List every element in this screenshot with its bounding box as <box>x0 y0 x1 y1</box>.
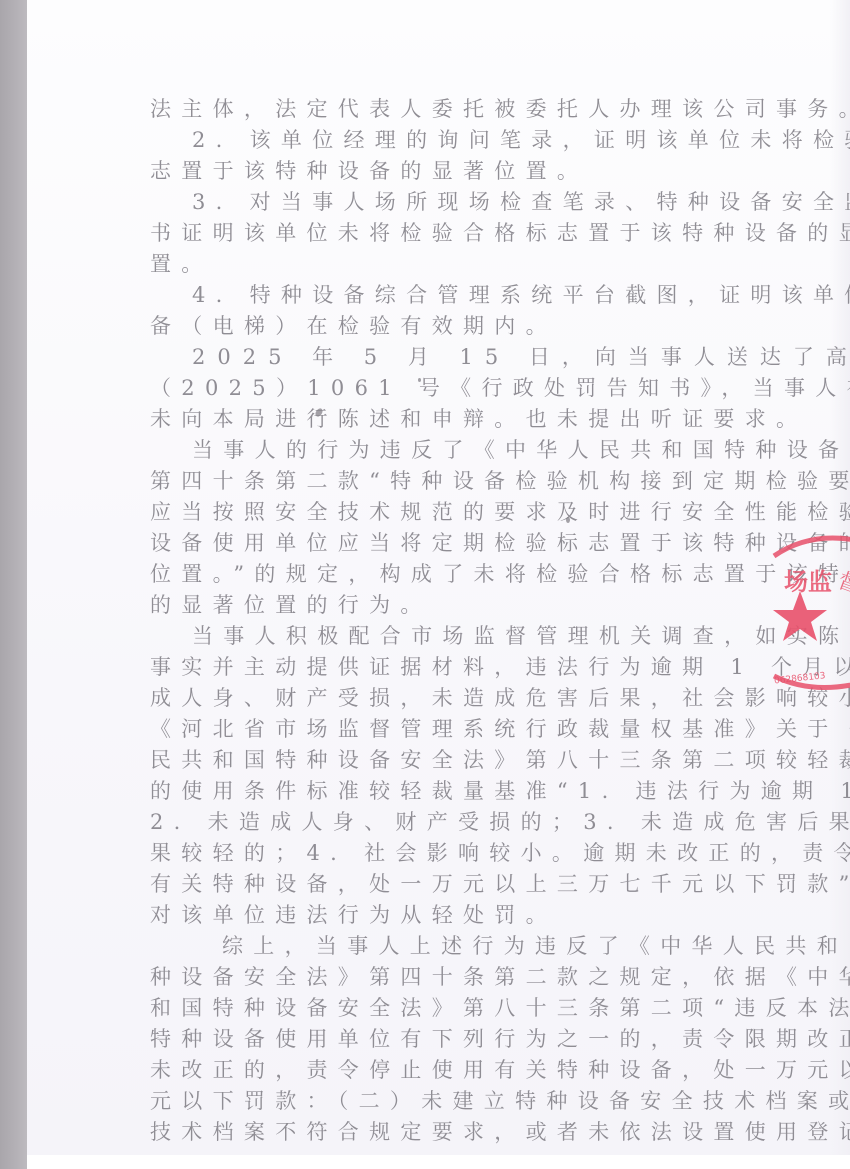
text-line: 2. 该单位经理的询问笔录，证明该单位未将检验合格标 <box>150 125 730 156</box>
text-line: 3. 对当事人场所现场检查笔录、特种设备安全监察指令 <box>150 187 730 218</box>
document-body: 法主体，法定代表人委托被委托人办理该公司事务。 2. 该单位经理的询问笔录，证明… <box>150 94 730 1148</box>
text-line: 种设备安全法》第四十条第二款之规定，依据《中华人民共 <box>150 962 730 993</box>
text-line: 志置于该特种设备的显著位置。 <box>150 156 730 187</box>
scan-speck <box>566 517 570 523</box>
text-line: 有关特种设备，处一万元以上三万七千元以下罚款”之规定， <box>150 869 730 900</box>
text-line: 果较轻的；4. 社会影响较小。逾期未改正的，责令停止使用 <box>150 838 730 869</box>
text-line: 事实并主动提供证据材料，违法行为逾期 1 个月以下，未造 <box>150 652 730 683</box>
text-line: 《河北省市场监督管理系统行政裁量权基准》关于《中华人 <box>150 714 730 745</box>
text-line: 置。 <box>150 249 730 280</box>
text-line: 综上，当事人上述行为违反了《中华人民共和国特 <box>150 931 730 962</box>
text-line: 对该单位违法行为从轻处罚。 <box>150 900 730 931</box>
text-line: 法主体，法定代表人委托被委托人办理该公司事务。 <box>150 94 730 125</box>
text-line: 的显著位置的行为。 <box>150 590 730 621</box>
text-line: 应当按照安全技术规范的要求及时进行安全性能检验。特种 <box>150 497 730 528</box>
text-line: 书证明该单位未将检验合格标志置于该特种设备的显著位 <box>150 218 730 249</box>
text-line: 技术档案不符合规定要求，或者未依法设置使用登记标志、 <box>150 1117 730 1148</box>
text-line: 特种设备使用单位有下列行为之一的，责令限期改正；逾期 <box>150 1024 730 1055</box>
text-line: 民共和国特种设备安全法》第八十三条第二项较轻裁量幅度 <box>150 745 730 776</box>
text-line: 4. 特种设备综合管理系统平台截图，证明该单位特种设 <box>150 280 730 311</box>
text-line: 的使用条件标准较轻裁量基准“1. 违法行为逾期 1 个月以下； <box>150 776 730 807</box>
text-line: 设备使用单位应当将定期检验标志置于该特种设备的显著 <box>150 528 730 559</box>
text-line: 当事人积极配合市场监督管理机关调查，如实陈述违法 <box>150 621 730 652</box>
star-icon <box>773 591 827 641</box>
text-line: 当事人的行为违反了《中华人民共和国特种设备安全法》 <box>150 435 730 466</box>
text-line: 第四十条第二款“特种设备检验机构接到定期检验要求后， <box>150 466 730 497</box>
text-line: 成人身、财产受损，未造成危害后果，社会影响较小，符合 <box>150 683 730 714</box>
text-line: 位置。”的规定，构成了未将检验合格标志置于该特种设备 <box>150 559 730 590</box>
text-line: 元以下罚款：（二）未建立特种设备安全技术档案或者安全 <box>150 1086 730 1117</box>
seal-graphic: 场监 督 062868103 <box>768 528 850 698</box>
seal-text: 场监 <box>784 568 832 596</box>
text-line: 未向本局进行陈述和申辩。也未提出听证要求。 <box>150 404 730 435</box>
page-bottom-strip <box>27 1155 850 1169</box>
text-line: 和国特种设备安全法》第八十三条第二项“违反本法规定， <box>150 993 730 1024</box>
text-line: 2025 年 5 月 15 日，向当事人送达了高市监罚告 <box>150 342 730 373</box>
scan-speck <box>418 378 421 382</box>
official-seal: 场监 督 062868103 <box>768 528 850 698</box>
text-line: 2. 未造成人身、财产受损的；3. 未造成危害后果或者危害后 <box>150 807 730 838</box>
scan-edge-left <box>0 0 27 1169</box>
text-line: （2025）1061 号《行政处罚告知书》，当事人在法定期限内 <box>150 373 730 404</box>
text-line: 备（电梯）在检验有效期内。 <box>150 311 730 342</box>
text-line: 未改正的，责令停止使用有关特种设备，处一万元以上十万 <box>150 1055 730 1086</box>
svg-text:督: 督 <box>834 568 850 599</box>
